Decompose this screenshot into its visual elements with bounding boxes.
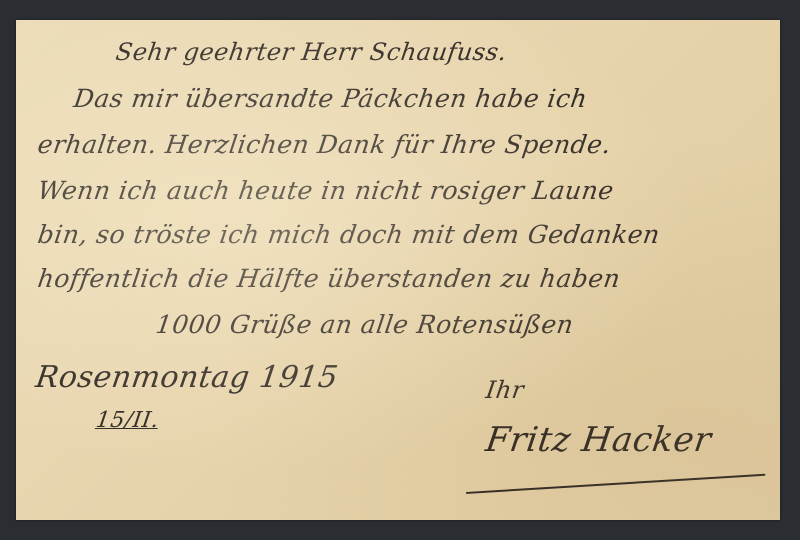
- body-line-6: 1000 Grüße an alle Rotensüßen: [154, 310, 576, 339]
- signature-underline: [466, 474, 766, 494]
- signature: Fritz Hacker: [483, 420, 714, 460]
- body-line-3: Wenn ich auch heute in nicht rosiger Lau…: [36, 176, 616, 205]
- body-line-2: erhalten. Herzlichen Dank für Ihre Spend…: [36, 130, 613, 159]
- date-numeric: 15/II.: [94, 408, 160, 433]
- postcard: Sehr geehrter Herr Schaufuss. Das mir üb…: [16, 20, 780, 520]
- body-line-5: hoffentlich die Hälfte überstanden zu ha…: [36, 264, 622, 293]
- date-line: Rosenmontag 1915: [34, 360, 341, 395]
- greeting-line: Sehr geehrter Herr Schaufuss.: [114, 38, 509, 66]
- body-line-4: bin, so tröste ich mich doch mit dem Ged…: [36, 220, 662, 249]
- closing: Ihr: [484, 376, 526, 404]
- body-line-1: Das mir übersandte Päckchen habe ich: [72, 84, 589, 113]
